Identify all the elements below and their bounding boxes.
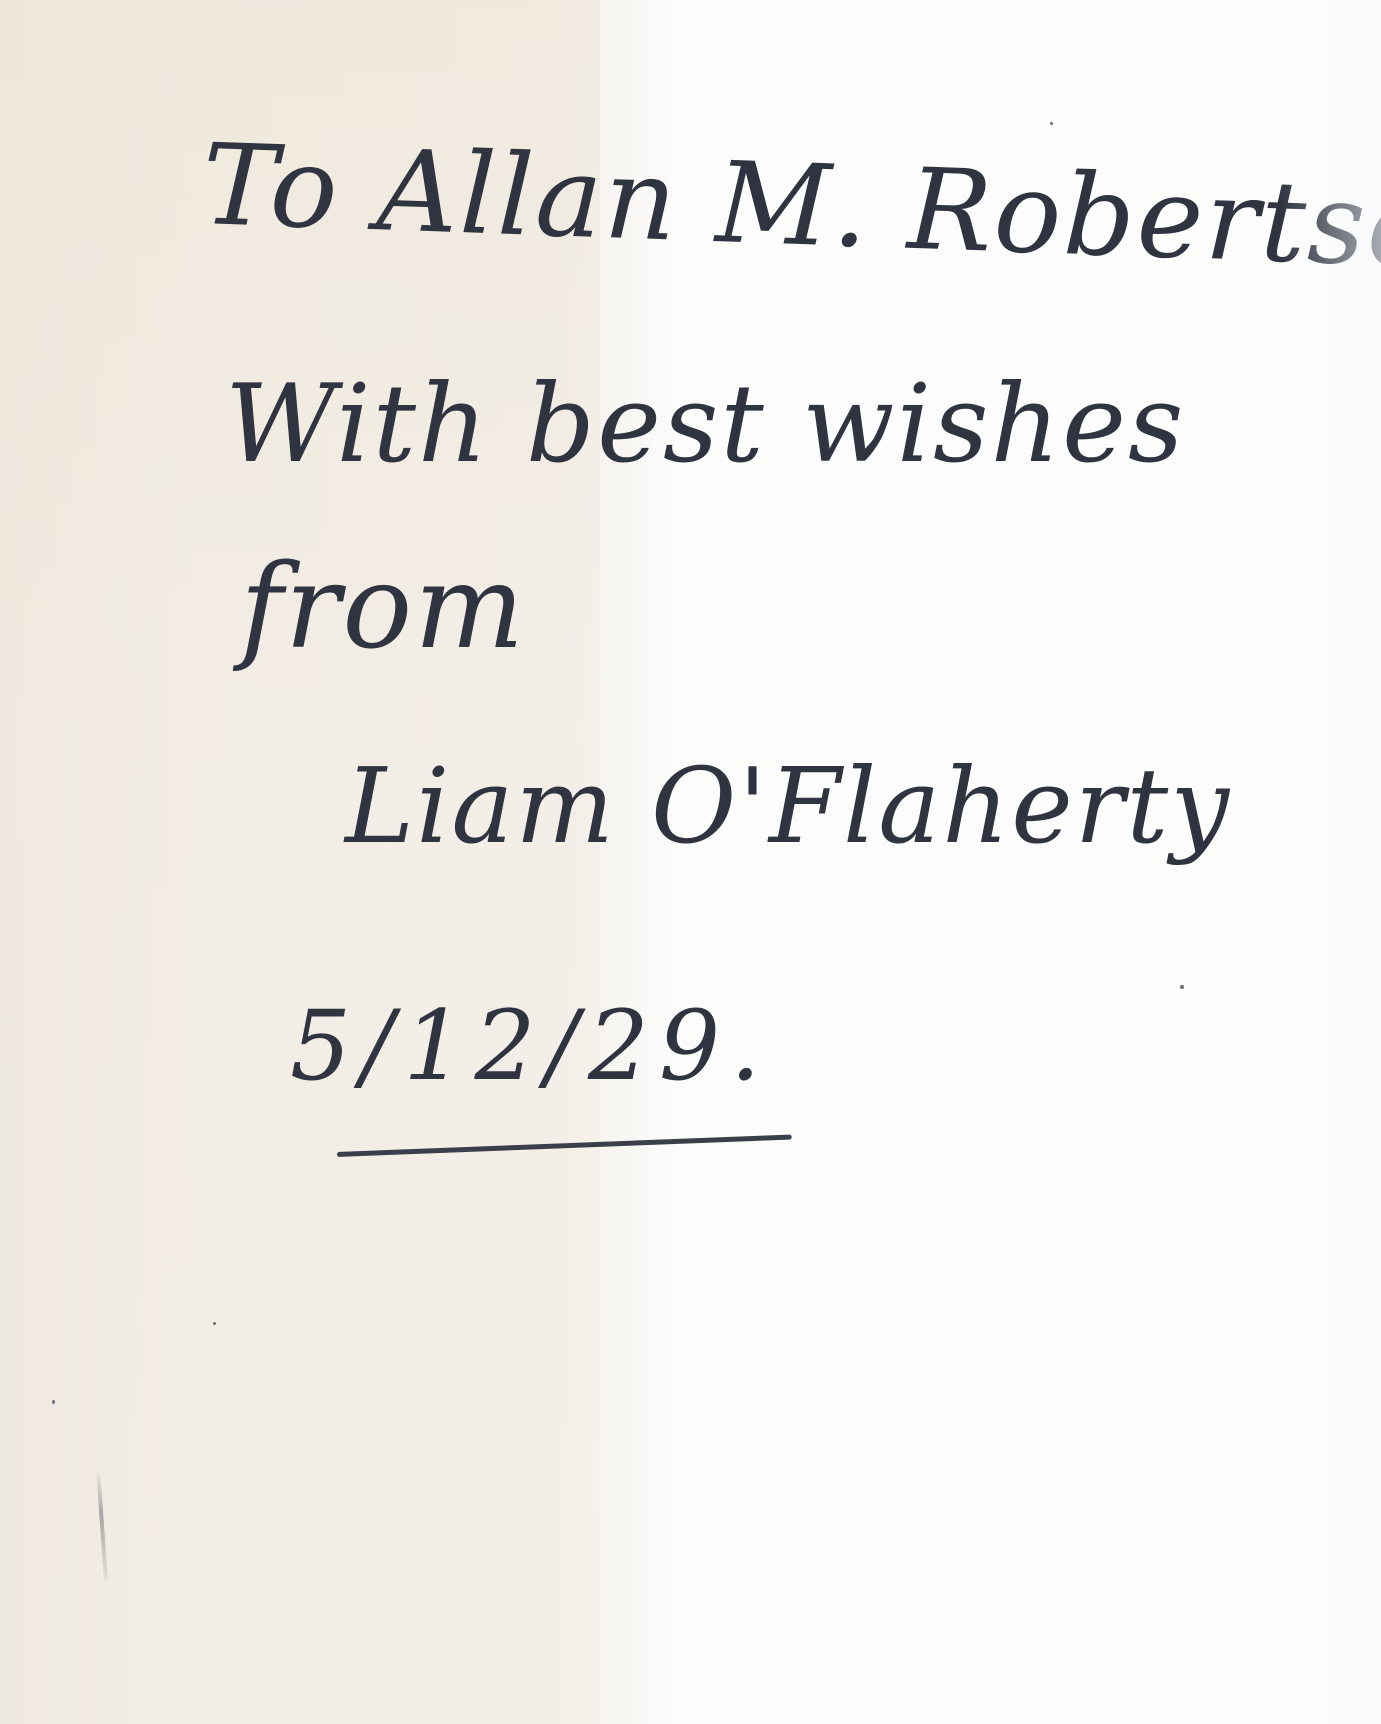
book-page: To Allan M. Robertson With best wishes f… xyxy=(0,0,1381,1724)
date-underline xyxy=(337,1135,792,1157)
paper-speck xyxy=(1050,122,1053,125)
signature: Liam O'Flaherty xyxy=(345,745,1231,867)
paper-speck xyxy=(1180,985,1184,989)
from-line: from xyxy=(240,540,526,675)
date: 5/12/29. xyxy=(290,990,771,1102)
pencil-mark xyxy=(96,1470,108,1580)
wishes-line: With best wishes xyxy=(225,362,1185,487)
dedication-line: To Allan M. Robertson xyxy=(200,120,1381,296)
paper-speck xyxy=(52,1400,55,1404)
paper-speck xyxy=(213,1322,216,1325)
